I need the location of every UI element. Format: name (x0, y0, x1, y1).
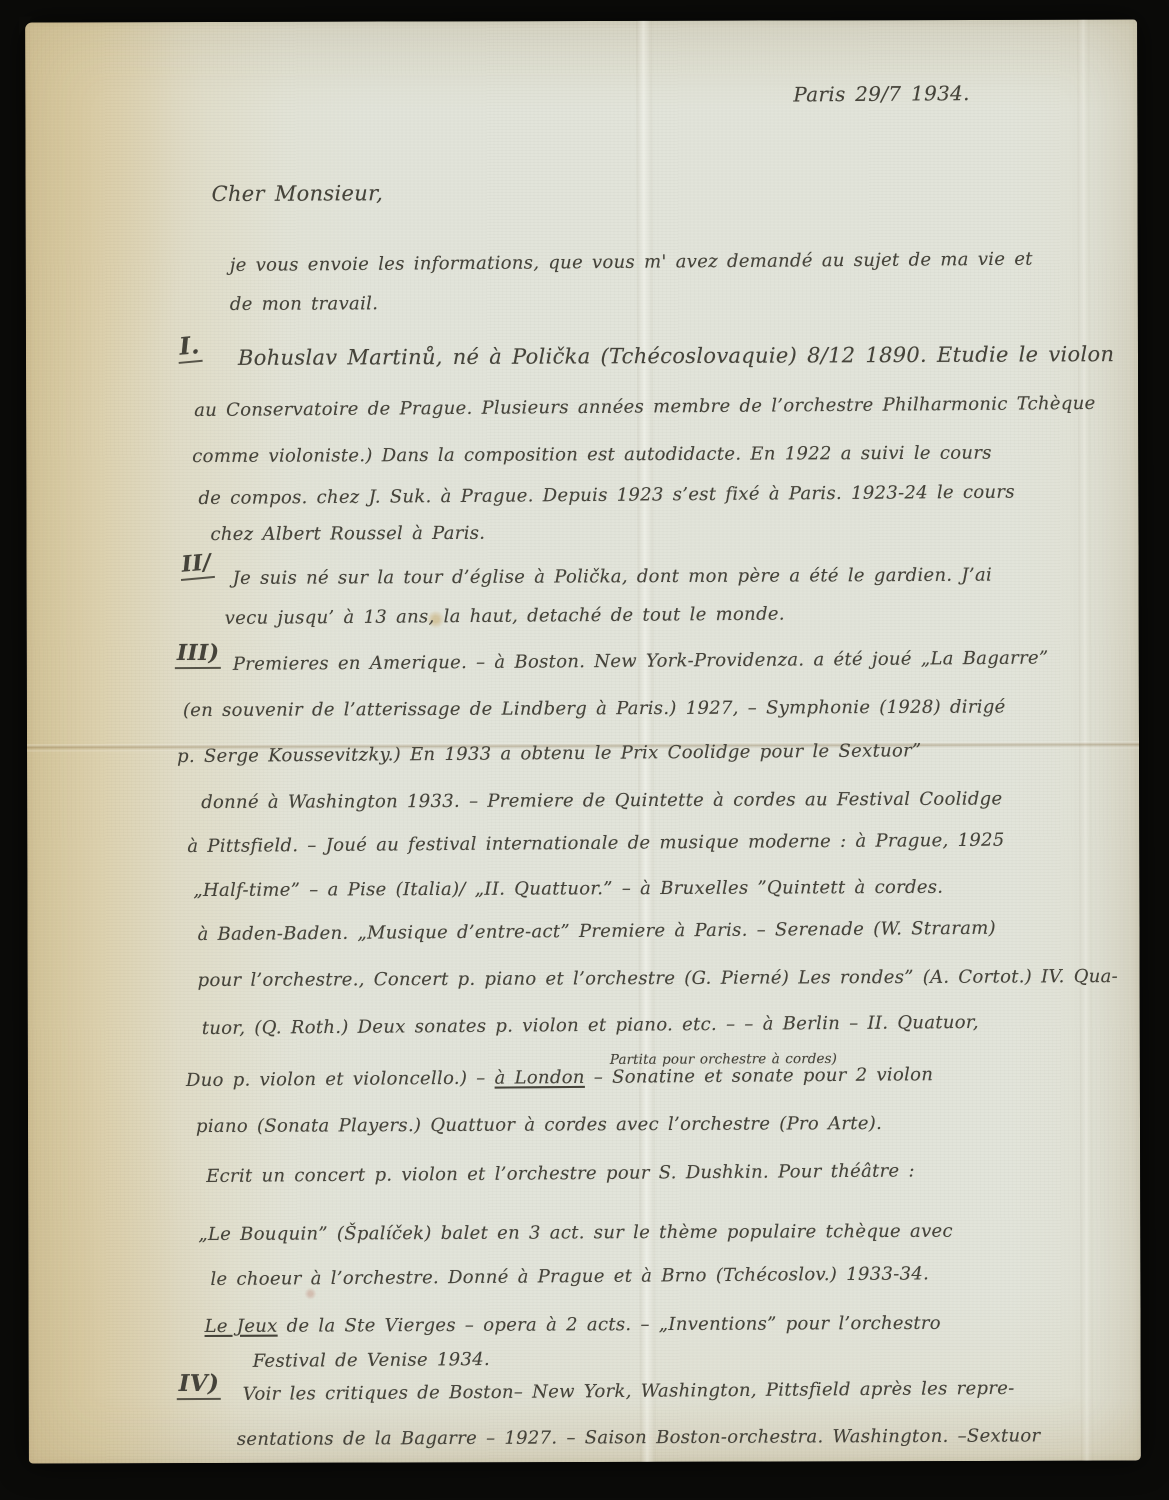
dateline: Paris 29/7 1934. (793, 81, 970, 106)
letter-line: Festival de Venise 1934. (253, 1349, 491, 1372)
letter-line: de compos. chez J. Suk. à Prague. Depuis… (198, 482, 1015, 509)
letter-line: p. Serge Koussevitzky.) En 1933 a obtenu… (177, 740, 922, 767)
letter-line: vecu jusqu’ à 13 ans, la haut, detaché d… (225, 604, 785, 629)
letter-line: tuor, (Q. Roth.) Deux sonates p. violon … (202, 1012, 979, 1039)
section-numeral: IV) (177, 1370, 222, 1400)
section-numeral: II/ (179, 549, 215, 581)
letter-line: pour l’orchestre., Concert p. piano et l… (198, 966, 1119, 991)
letter-line: le choeur à l’orchestre. Donné à Prague … (210, 1263, 929, 1290)
vertical-fold-right (1077, 20, 1093, 1461)
line-fragment: Duo p. violon et violoncello.) – (186, 1068, 495, 1091)
paper-corner-wear (19, 16, 89, 126)
letter-line: chez Albert Roussel à Paris. (210, 523, 485, 545)
letter-line: Je suis né sur la tour d’église à Poličk… (233, 565, 993, 589)
letter-line: piano (Sonata Players.) Quattuor à corde… (196, 1113, 882, 1137)
letter-line: (en souvenir de l’atterissage de Lindber… (183, 696, 1006, 721)
letter-line: sentations de la Bagarre – 1927. – Saiso… (237, 1425, 1041, 1450)
letter-line: „Le Bouquin” (Špalíček) balet en 3 act. … (198, 1221, 953, 1245)
letter-line: à Baden-Baden. „Musique d’entre-act” Pre… (197, 918, 996, 945)
underlined-fragment: à London (494, 1067, 584, 1089)
letter-line: Ecrit un concert p. violon et l’orchestr… (206, 1160, 915, 1187)
line-fragment: de la Ste Vierges – opera à 2 acts. – „I… (278, 1313, 941, 1337)
letter-line: au Conservatoire de Prague. Plusieurs an… (194, 393, 1095, 421)
line-fragment: – Sonatine et sonate pour 2 violon (585, 1064, 934, 1088)
letter-line: „Half-time” – a Pise (Italia)/ „II. Quat… (193, 877, 943, 901)
section-numeral: III) (175, 640, 222, 669)
scan-background: { "page": { "background_color": "#0b0b09… (0, 0, 1169, 1500)
underlined-fragment: Le Jeux (205, 1316, 278, 1337)
intro-line: je vous envoie les informations, que vou… (230, 249, 1033, 276)
letter-line: Voir les critiques de Boston– New York, … (243, 1378, 1015, 1405)
letter-line: Le Jeux de la Ste Vierges – opera à 2 ac… (205, 1313, 941, 1337)
salutation-line: Cher Monsieur, (212, 181, 384, 206)
letter-line: Duo p. violon et violoncello.) – à Londo… (186, 1064, 933, 1091)
letter-line: comme violoniste.) Dans la composition e… (192, 443, 992, 467)
letter-line: Premieres en Amerique. – à Boston. New Y… (233, 648, 1049, 675)
letter-line: Bohuslav Martinů, né à Polička (Tchécosl… (238, 342, 1114, 370)
letter-line: donné à Washington 1933. – Premiere de Q… (201, 789, 1002, 813)
section-numeral: I. (176, 330, 203, 364)
intro-line: de mon travail. (230, 293, 378, 315)
letter-line: à Pittsfield. – Joué au festival interna… (187, 830, 1004, 857)
letter-paper: Paris 29/7 1934.Cher Monsieur,je vous en… (25, 20, 1141, 1464)
